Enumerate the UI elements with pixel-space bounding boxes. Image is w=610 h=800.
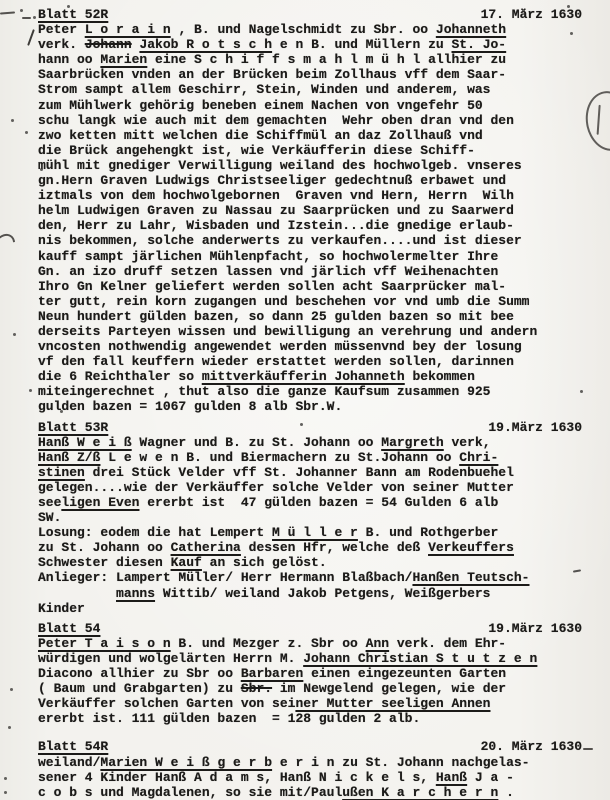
plain-text: Wagner und B. zu St. Johann oo	[132, 435, 382, 450]
plain-text: gn.Hern Graven Ludwigs Christseeliger ge…	[38, 173, 506, 188]
pencil-dot	[40, 168, 43, 171]
plain-text: bekommen	[405, 369, 475, 384]
sheet-label: Blatt 54	[38, 621, 100, 636]
plain-text: J a -	[467, 770, 514, 785]
entry-date: 19.März 1630	[488, 621, 582, 636]
pencil-dot	[522, 9, 525, 12]
plain-text: see	[38, 495, 61, 510]
text-line: Losung: eodem die hat Lempert M ü l l e …	[38, 525, 610, 540]
plain-text: ( Baum und Grabgarten) zu	[38, 681, 241, 696]
plain-text: L e w e n B. und Biermachern zu St.Johan…	[100, 450, 459, 465]
text-line: Schwester diesen Kauf an sich gelöst.	[38, 555, 610, 570]
sheet-label: Blatt 52R	[38, 7, 108, 22]
plain-text	[38, 586, 116, 601]
plain-text: im Newgelend gelegen, wie der	[272, 681, 506, 696]
plain-text: Losung: eodem die hat Lempert	[38, 525, 272, 540]
plain-text: verk.	[38, 37, 85, 52]
text-line: seeligen Even ererbt ist 47 gülden bazen…	[38, 495, 610, 510]
text-line: Verkäuffer solchen Garten von seiner Mut…	[38, 696, 610, 711]
underlined-text: Verkeuffers	[428, 540, 514, 555]
text-line: gelegen....wie der Verkäuffer solche Vel…	[38, 480, 610, 495]
plain-text: B. und Mezger z. Sbr oo	[171, 636, 366, 651]
text-line: vncosten nothwendig angewendet werden mü…	[38, 339, 610, 354]
underlined-text: ligen Even	[61, 495, 139, 510]
plain-text: Diacono allhier zu Sbr oo	[38, 666, 241, 681]
underlined-text: Hanß W e i ß	[38, 435, 132, 450]
plain-text: SW.	[38, 510, 61, 525]
pencil-dot	[25, 131, 28, 134]
text-line: den, Herr zu Lahr, Wisbaden und Izstein.…	[38, 218, 610, 233]
underlined-text: Marien	[100, 52, 147, 67]
section-header: Blatt 53R19.März 1630	[38, 420, 582, 435]
text-line: derseits Parteyen wissen und bewilligung…	[38, 324, 610, 339]
pencil-dot	[300, 423, 303, 426]
entry-date: 20. März 1630	[481, 739, 582, 754]
plain-text: verk. dem Ehr-	[389, 636, 506, 651]
text-line: Diacono allhier zu Sbr oo Barbaren einen…	[38, 666, 610, 681]
text-line: Hanß Z/ß L e w e n B. und Biermachern zu…	[38, 450, 610, 465]
underlined-text: Marien W e i ß g e r b	[100, 755, 272, 770]
plain-text: helm Ludwigen Graven zu Nassau zu Saarpr…	[38, 203, 514, 218]
document-page: Blatt 52R17. März 1630Peter L o r a i n …	[0, 0, 610, 800]
text-line: ter gutt, rein korn zugangen und bescheh…	[38, 294, 610, 309]
text-line: Neun hundert gülden bazen, so dann 25 gu…	[38, 309, 610, 324]
sheet-label: Blatt 54R	[38, 739, 108, 754]
underlined-text: Kauf	[171, 555, 202, 570]
pencil-dash-mark	[22, 17, 31, 19]
plain-text: an sich gelöst.	[202, 555, 327, 570]
struck-text: Johann	[85, 37, 132, 52]
pencil-dot	[20, 9, 23, 12]
plain-text: einen eingezeunten Garten	[303, 666, 506, 681]
plain-text: Ihro Gn Kelner geliefert werden sollen a…	[38, 279, 506, 294]
entry-date: 19.März 1630	[488, 420, 582, 435]
underlined-text: Peter T a i s o n	[38, 636, 171, 651]
underlined-text: St. Jo-	[452, 37, 507, 52]
text-line: kauff sampt järlichen Mühlenpfacht, so h…	[38, 249, 610, 264]
plain-text: e n B. und Müllern zu	[272, 37, 451, 52]
plain-text: die Brück angehengkt ist, wie Verkäuffer…	[38, 143, 475, 158]
text-line: Gn. an izo druff setzen lassen vnd järli…	[38, 264, 610, 279]
underlined-text: stinen	[38, 465, 85, 480]
plain-text: , B. und Nagelschmidt zu Sbr. oo	[171, 22, 436, 37]
text-line: vf den fall keuffern wieder erstattet we…	[38, 354, 610, 369]
plain-text: vncosten nothwendig angewendet werden mü…	[38, 339, 522, 354]
underlined-text: Chri-	[459, 450, 498, 465]
entry-date: 17. März 1630	[481, 7, 582, 22]
text-line: Peter T a i s o n B. und Mezger z. Sbr o…	[38, 636, 610, 651]
plain-text: dessen Hfr, welche deß	[241, 540, 428, 555]
plain-text: Saarbrücken vnden an der Brücken beim Zo…	[38, 67, 506, 82]
plain-text: zu St. Johann oo	[38, 540, 171, 555]
plain-text: derseits Parteyen wissen und bewilligung…	[38, 324, 537, 339]
text-line: verk. Johann Jakob R o t s c h e n B. un…	[38, 37, 610, 52]
underlined-text: Hanß Z/ß	[38, 450, 100, 465]
plain-text: verk,	[444, 435, 491, 450]
plain-text: Wittib/ weiland Jakob Petgens, Weißgerbe…	[155, 586, 490, 601]
text-line: hann oo Marien eine S c h i f f s m a h …	[38, 52, 610, 67]
text-line: iztmals von dem hochwolgebornen Graven v…	[38, 188, 610, 203]
plain-text: zwo ketten mitt welchen die Schiffmül an…	[38, 128, 483, 143]
section-blatt-54: Blatt 5419.März 1630Peter T a i s o n B.…	[38, 621, 610, 727]
text-line: nis bekommen, solche anderwerts zu verka…	[38, 233, 610, 248]
underlined-text: mittverkäufferin Johanneth	[202, 369, 405, 384]
plain-text: miteingerechnet , thut also die ganze Ka…	[38, 384, 490, 399]
underlined-text: L o r a i n	[85, 22, 171, 37]
plain-text: vf den fall keuffern wieder erstattet we…	[38, 354, 514, 369]
plain-text: die 6 Reichthaler so	[38, 369, 202, 384]
plain-text: Gn. an izo druff setzen lassen vnd järli…	[38, 264, 498, 279]
underlined-text: Johanneth	[436, 22, 506, 37]
text-line: mühl mit gnediger Verwilligung weiland d…	[38, 158, 610, 173]
pencil-dot	[33, 16, 36, 19]
plain-text: schu langk wie auch mit dem gemachten We…	[38, 113, 514, 128]
plain-text: Kinder	[38, 601, 85, 616]
pencil-circle-inner-stroke	[597, 105, 601, 135]
text-line: weiland/Marien W e i ß g e r b e r i n z…	[38, 755, 610, 770]
text-line: SW.	[38, 510, 610, 525]
plain-text: den, Herr zu Lahr, Wisbaden und Izstein.…	[38, 218, 514, 233]
text-line: würdigen und wolgelärten Herrn M. Johann…	[38, 651, 610, 666]
pencil-dot	[10, 688, 13, 691]
underlined-text: ußen K a r c h e r n	[342, 785, 498, 800]
pencil-dot	[60, 410, 63, 413]
text-line: ( Baum und Grabgarten) zu Sbr. im Newgel…	[38, 681, 610, 696]
text-line: Ihro Gn Kelner geliefert werden sollen a…	[38, 279, 610, 294]
text-line: gulden bazen = 1067 gulden 8 alb Sbr.W.	[38, 399, 610, 414]
text-line: Hanß W e i ß Wagner und B. zu St. Johann…	[38, 435, 610, 450]
plain-text: Verkäuffer solchen Garten von sei	[38, 696, 295, 711]
section-blatt-54r: Blatt 54R20. März 1630weiland/Marien W e…	[38, 739, 610, 799]
plain-text: ter gutt, rein korn zugangen und bescheh…	[38, 294, 529, 309]
plain-text: würdigen und wolgelärten Herrn M.	[38, 651, 303, 666]
sheet-label: Blatt 53R	[38, 420, 108, 435]
plain-text: hann oo	[38, 52, 100, 67]
plain-text: c o b s und Magdalenen, so sie mit/Paul	[38, 785, 342, 800]
text-line: zu St. Johann oo Catherina dessen Hfr, w…	[38, 540, 610, 555]
pencil-dot	[13, 333, 16, 336]
underlined-text: Johann Christian S t u t z e n	[303, 651, 537, 666]
text-line: Saarbrücken vnden an der Brücken beim Zo…	[38, 67, 610, 82]
plain-text: Neun hundert gülden bazen, so dann 25 gu…	[38, 309, 514, 324]
section-blatt-52r: Blatt 52R17. März 1630Peter L o r a i n …	[38, 7, 610, 415]
underlined-text: Hanß	[436, 770, 467, 785]
plain-text: zum Mühlwerk gehörig beneben einem Nache…	[38, 98, 483, 113]
pencil-dot	[67, 5, 70, 8]
pencil-dot	[29, 389, 32, 392]
text-line: sener 4 Kinder Hanß A d a m s, Hanß N i …	[38, 770, 610, 785]
underlined-text: Barbaren	[241, 666, 303, 681]
text-line: Strom sampt allem Geschirr, Stein, Winde…	[38, 82, 610, 97]
plain-text: .	[498, 785, 514, 800]
pencil-dot	[580, 390, 583, 393]
plain-text: eine S c h i f f s m a h l m ü h l allhi…	[147, 52, 506, 67]
text-line: die 6 Reichthaler so mittverkäufferin Jo…	[38, 369, 610, 384]
plain-text: nis bekommen, solche anderwerts zu verka…	[38, 233, 522, 248]
text-line: Anlieger: Lampert Müller/ Herr Hermann B…	[38, 570, 610, 585]
plain-text: iztmals von dem hochwolgebornen Graven v…	[38, 188, 514, 203]
pencil-dot	[11, 119, 14, 122]
plain-text: Anlieger: Lampert Müller/ Herr Hermann B…	[38, 570, 412, 585]
pencil-dot	[8, 726, 11, 729]
plain-text: Schwester diesen	[38, 555, 171, 570]
underlined-text: manns	[116, 586, 155, 601]
text-line: manns Wittib/ weiland Jakob Petgens, Wei…	[38, 586, 610, 601]
text-line: ererbt ist. 111 gülden bazen = 128 gulde…	[38, 711, 610, 726]
section-header: Blatt 52R17. März 1630	[38, 7, 582, 22]
underlined-text: Hanßen Teutsch-	[412, 570, 529, 585]
plain-text: gelegen....wie der Verkäuffer solche Vel…	[38, 480, 514, 495]
text-line: Kinder	[38, 601, 610, 616]
text-line: Peter L o r a i n , B. und Nagelschmidt …	[38, 22, 610, 37]
section-blatt-53r: Blatt 53R19.März 1630Hanß W e i ß Wagner…	[38, 420, 610, 616]
underlined-text: ner Mutter seeligen Annen	[295, 696, 490, 711]
section-header: Blatt 5419.März 1630	[38, 621, 582, 636]
text-line: zwo ketten mitt welchen die Schiffmül an…	[38, 128, 610, 143]
plain-text: weiland/	[38, 755, 100, 770]
plain-text: drei Stück Velder vff St. Johanner Bann …	[85, 465, 514, 480]
text-line: helm Ludwigen Graven zu Nassau zu Saarpr…	[38, 203, 610, 218]
plain-text: sener 4 Kinder Hanß A d a m s, Hanß N i …	[38, 770, 436, 785]
plain-text: e r i n zu St. Johann nachgelas-	[272, 755, 529, 770]
text-line: miteingerechnet , thut also die ganze Ka…	[38, 384, 610, 399]
plain-text: kauff sampt järlichen Mühlenpfacht, so h…	[38, 249, 498, 264]
section-header: Blatt 54R20. März 1630	[38, 739, 582, 754]
text-line: stinen drei Stück Velder vff St. Johanne…	[38, 465, 610, 480]
text-line: gn.Hern Graven Ludwigs Christseeliger ge…	[38, 173, 610, 188]
pencil-dot	[567, 5, 570, 8]
underlined-text: M ü l l e r	[272, 525, 358, 540]
underlined-text: Jakob R o t s c h	[139, 37, 272, 52]
underlined-text: Margreth	[381, 435, 443, 450]
plain-text: mühl mit gnediger Verwilligung weiland d…	[38, 158, 522, 173]
plain-text: Peter	[38, 22, 85, 37]
plain-text: ererbt ist 47 gülden bazen = 54 Gulden 6…	[139, 495, 498, 510]
plain-text: Strom sampt allem Geschirr, Stein, Winde…	[38, 82, 490, 97]
struck-text: Sbr.	[241, 681, 272, 696]
text-line: c o b s und Magdalenen, so sie mit/Paulu…	[38, 785, 610, 800]
pencil-dot	[570, 32, 573, 35]
text-line: die Brück angehengkt ist, wie Verkäuffer…	[38, 143, 610, 158]
pencil-dash-mark	[583, 748, 593, 750]
underlined-text: Catherina	[171, 540, 241, 555]
plain-text: ererbt ist. 111 gülden bazen = 128 gulde…	[38, 711, 420, 726]
plain-text: gulden bazen = 1067 gulden 8 alb Sbr.W.	[38, 399, 342, 414]
pencil-dot	[4, 777, 7, 780]
text-line: schu langk wie auch mit dem gemachten We…	[38, 113, 610, 128]
pencil-dot	[4, 791, 7, 794]
plain-text: B. und Rothgerber	[358, 525, 498, 540]
text-line: zum Mühlwerk gehörig beneben einem Nache…	[38, 98, 610, 113]
underlined-text: Ann	[366, 636, 389, 651]
